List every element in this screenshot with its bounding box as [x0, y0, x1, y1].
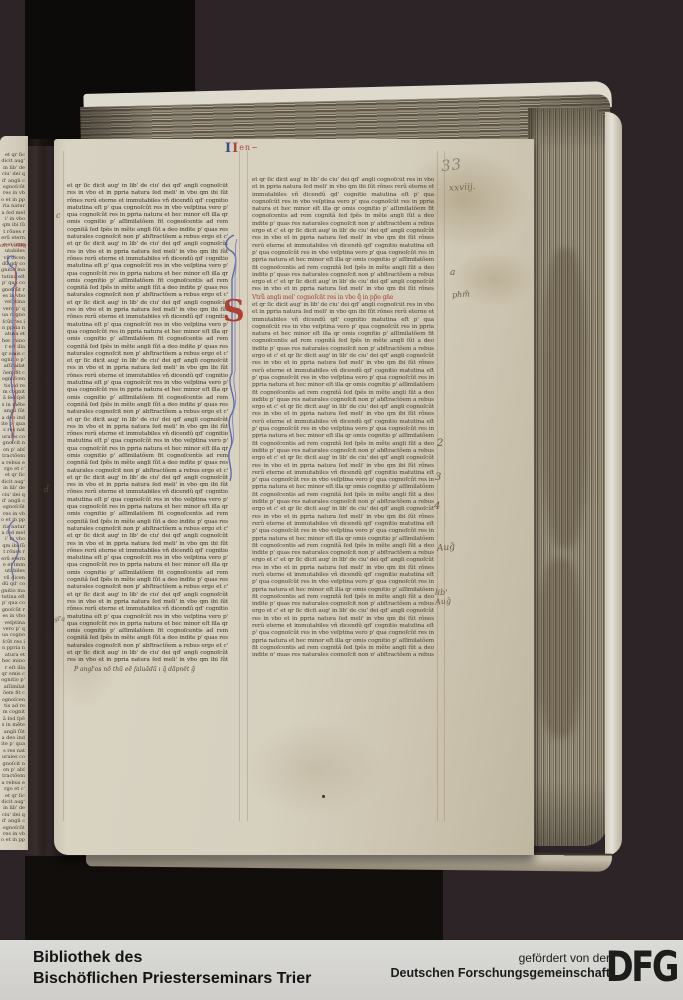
decorated-initial-flourish: S: [219, 233, 247, 483]
fore-edge-stain: [542, 248, 588, 548]
ruling-line: [444, 151, 445, 821]
library-name-line1: Bibliothek des: [33, 949, 142, 967]
margin-note-a: a: [450, 268, 455, 278]
text-column-right-lower: et qr ſic dicit aug' in lib' de ciu' dei…: [252, 302, 434, 656]
margin-number-3: 3: [435, 472, 441, 483]
manuscript-page: IIen~ 33 xxviij. et qr ſic dicit aug' in…: [54, 139, 534, 855]
text-column-right: et qr ſic dicit aug' in lib' de ciu' dei…: [252, 177, 434, 656]
fore-edge-stain: [538, 558, 582, 738]
margin-note-lib-aug: lib' Aug̃: [435, 588, 451, 606]
pencil-folio-number: 33: [440, 155, 463, 175]
margin-number-2: 2: [437, 438, 443, 449]
funding-text-line2: Deutschen Forschungsgemeinschaft: [391, 966, 611, 980]
library-name-line2: Bischöflichen Priesterseminars Trier: [33, 970, 311, 988]
red-rubric-line: Vtrũ angli mel' cognoſcãt res in vbo q̃ …: [252, 294, 434, 302]
running-header: IIen~: [225, 141, 259, 156]
facing-page-red-rubric-fragment: oſt· vellig̃: [0, 243, 27, 249]
margin-note-d: d̃: [44, 486, 48, 494]
margin-note-c: c: [56, 211, 60, 220]
manuscript-photo: et qr ſic dicit aug' in lib' de ciu' dei…: [0, 0, 683, 1000]
margin-number-4: 4: [434, 501, 440, 512]
text-column-right-upper: et qr ſic dicit aug' in lib' de ciu' dei…: [252, 177, 434, 294]
ink-foliation-roman: xxviij.: [449, 182, 476, 194]
initial-letter-red: S: [223, 294, 245, 329]
ruling-line: [247, 151, 248, 821]
funding-text-line1: gefördert von der: [519, 951, 610, 965]
book-fore-edge-pages: [528, 108, 608, 846]
foot-annotation-line: P̃ angl'os nõ thũ eẽ ſaluãdũ ı q̃ dãpnēt…: [74, 666, 264, 673]
dfg-logo: DFG: [606, 942, 677, 991]
running-header-flourish: en~: [239, 143, 259, 152]
margin-note-gla: gl'a: [54, 616, 65, 623]
caption-bar: Bibliothek des Bischöflichen Priestersem…: [0, 940, 683, 1000]
facing-page-edge: et qr ſic dicit aug' in lib' de ciu' dei…: [0, 136, 28, 850]
margin-note-aug: Aug̃: [437, 542, 456, 554]
ruling-line: [63, 151, 64, 821]
book-back-cover-rim: [605, 112, 622, 856]
margin-note-aug2: Aug̃: [435, 596, 452, 606]
margin-note-phm: phm̃: [452, 289, 470, 299]
facing-page-pen-flourish: [3, 253, 25, 583]
ruling-line: [437, 151, 438, 821]
text-column-left: et qr ſic dicit aug' in lib' de ciu' dei…: [67, 183, 228, 662]
ink-speck: [322, 795, 325, 798]
